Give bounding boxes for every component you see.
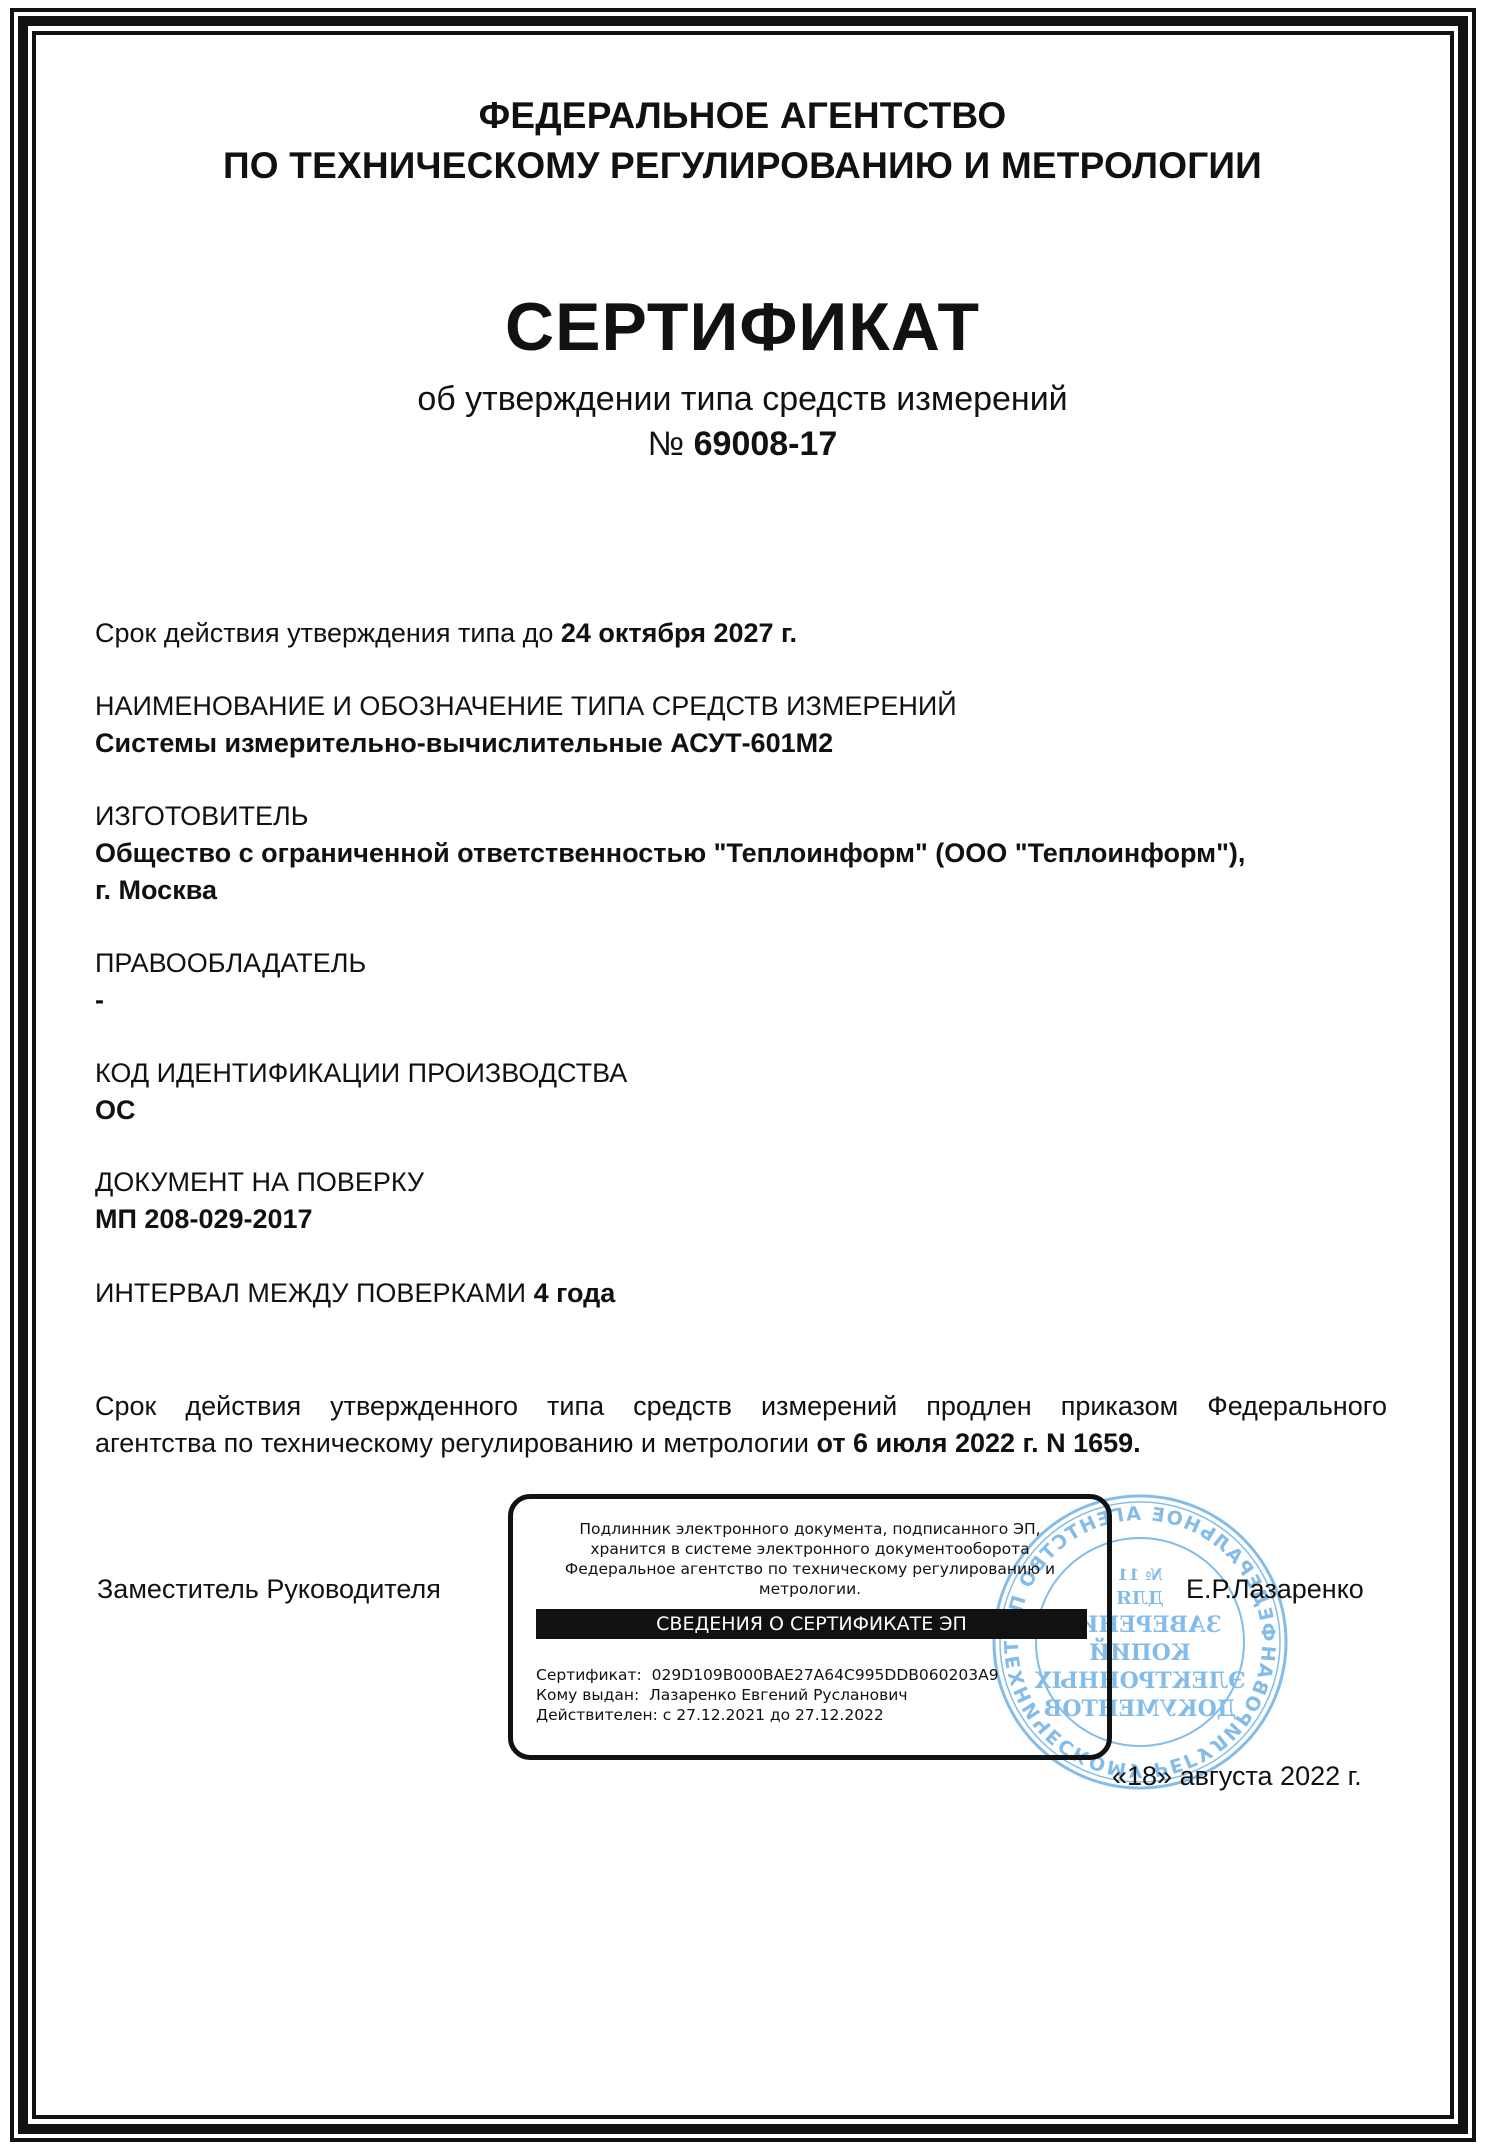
field-label-rights-holder: ПРАВООБЛАДАТЕЛЬ (95, 950, 366, 977)
extension-order: от 6 июля 2022 г. N 1659. (817, 1428, 1141, 1458)
certificate-title: СЕРТИФИКАТ (0, 293, 1485, 361)
signatory-role: Заместитель Руководителя (97, 1574, 441, 1605)
ep-notice-line: Федеральное агентство по техническому ре… (513, 1559, 1107, 1579)
field-value-manufacturer-line1: Общество с ограниченной ответственностью… (95, 840, 1245, 867)
agency-name-line2: ПО ТЕХНИЧЕСКОМУ РЕГУЛИРОВАНИЮ И МЕТРОЛОГ… (0, 147, 1485, 184)
field-value-manufacturer-line2: г. Москва (95, 877, 217, 904)
ep-valid-row: Действителен: с 27.12.2021 до 27.12.2022 (536, 1705, 999, 1725)
ep-notice-line: метрологии. (513, 1579, 1107, 1599)
ep-notice: Подлинник электронного документа, подпис… (513, 1519, 1107, 1599)
interval-value: 4 года (534, 1278, 616, 1308)
ep-certificate-label: Сертификат: (536, 1666, 642, 1684)
ep-issued-to-row: Кому выдан: Лазаренко Евгений Русланович (536, 1685, 999, 1705)
extension-line2: агентства по техническому регулированию … (95, 1430, 1141, 1457)
certificate-number: № 69008-17 (0, 427, 1485, 461)
ep-valid-value: с 27.12.2021 до 27.12.2022 (663, 1706, 884, 1724)
field-value-type-name: Системы измерительно-вычислительные АСУТ… (95, 730, 833, 757)
field-value-verification-doc: МП 208-029-2017 (95, 1206, 313, 1233)
certificate-number-value: 69008-17 (694, 425, 838, 463)
field-value-rights-holder: - (95, 987, 104, 1014)
number-sign: № (648, 425, 684, 463)
ep-notice-line: хранится в системе электронного документ… (513, 1539, 1107, 1559)
extension-line1: Срок действия утвержденного типа средств… (95, 1393, 1387, 1420)
ep-issued-to-label: Кому выдан: (536, 1686, 639, 1704)
field-label-verification-doc: ДОКУМЕНТ НА ПОВЕРКУ (95, 1169, 424, 1196)
certificate-subtitle: об утверждении типа средств измерений (0, 382, 1485, 416)
field-label-manufacturer: ИЗГОТОВИТЕЛЬ (95, 803, 308, 830)
field-label-production-code: КОД ИДЕНТИФИКАЦИИ ПРОИЗВОДСТВА (95, 1060, 627, 1087)
ep-certificate-info-header: СВЕДЕНИЯ О СЕРТИФИКАТЕ ЭП (536, 1609, 1087, 1639)
signature-date: «18» августа 2022 г. (1112, 1761, 1362, 1792)
field-label-type-name: НАИМЕНОВАНИЕ И ОБОЗНАЧЕНИЕ ТИПА СРЕДСТВ … (95, 693, 957, 720)
interval-label: ИНТЕРВАЛ МЕЖДУ ПОВЕРКАМИ (95, 1278, 534, 1308)
interval-line: ИНТЕРВАЛ МЕЖДУ ПОВЕРКАМИ 4 года (95, 1280, 615, 1307)
svg-text:№ 11: № 11 (1117, 1565, 1162, 1584)
ep-notice-line: Подлинник электронного документа, подпис… (513, 1519, 1107, 1539)
validity-line: Срок действия утверждения типа до 24 окт… (95, 620, 797, 647)
ep-valid-label: Действителен: (536, 1706, 658, 1724)
validity-label: Срок действия утверждения типа до (95, 618, 561, 648)
electronic-signature-box: Подлинник электронного документа, подпис… (508, 1494, 1112, 1760)
validity-date: 24 октября 2027 г. (561, 618, 797, 648)
agency-name-line1: ФЕДЕРАЛЬНОЕ АГЕНТСТВО (0, 97, 1485, 134)
signatory-name: Е.Р.Лазаренко (1186, 1574, 1364, 1605)
ep-certificate-row: Сертификат: 029D109B000BAE27A64C995DDB06… (536, 1665, 999, 1685)
ep-certificate-details: Сертификат: 029D109B000BAE27A64C995DDB06… (536, 1665, 999, 1725)
ep-issued-to-value: Лазаренко Евгений Русланович (649, 1686, 907, 1704)
field-value-production-code: ОС (95, 1097, 136, 1124)
svg-text:ДЛЯ: ДЛЯ (1116, 1588, 1164, 1609)
extension-text: агентства по техническому регулированию … (95, 1428, 817, 1458)
ep-certificate-serial: 029D109B000BAE27A64C995DDB060203A9 (652, 1666, 999, 1684)
